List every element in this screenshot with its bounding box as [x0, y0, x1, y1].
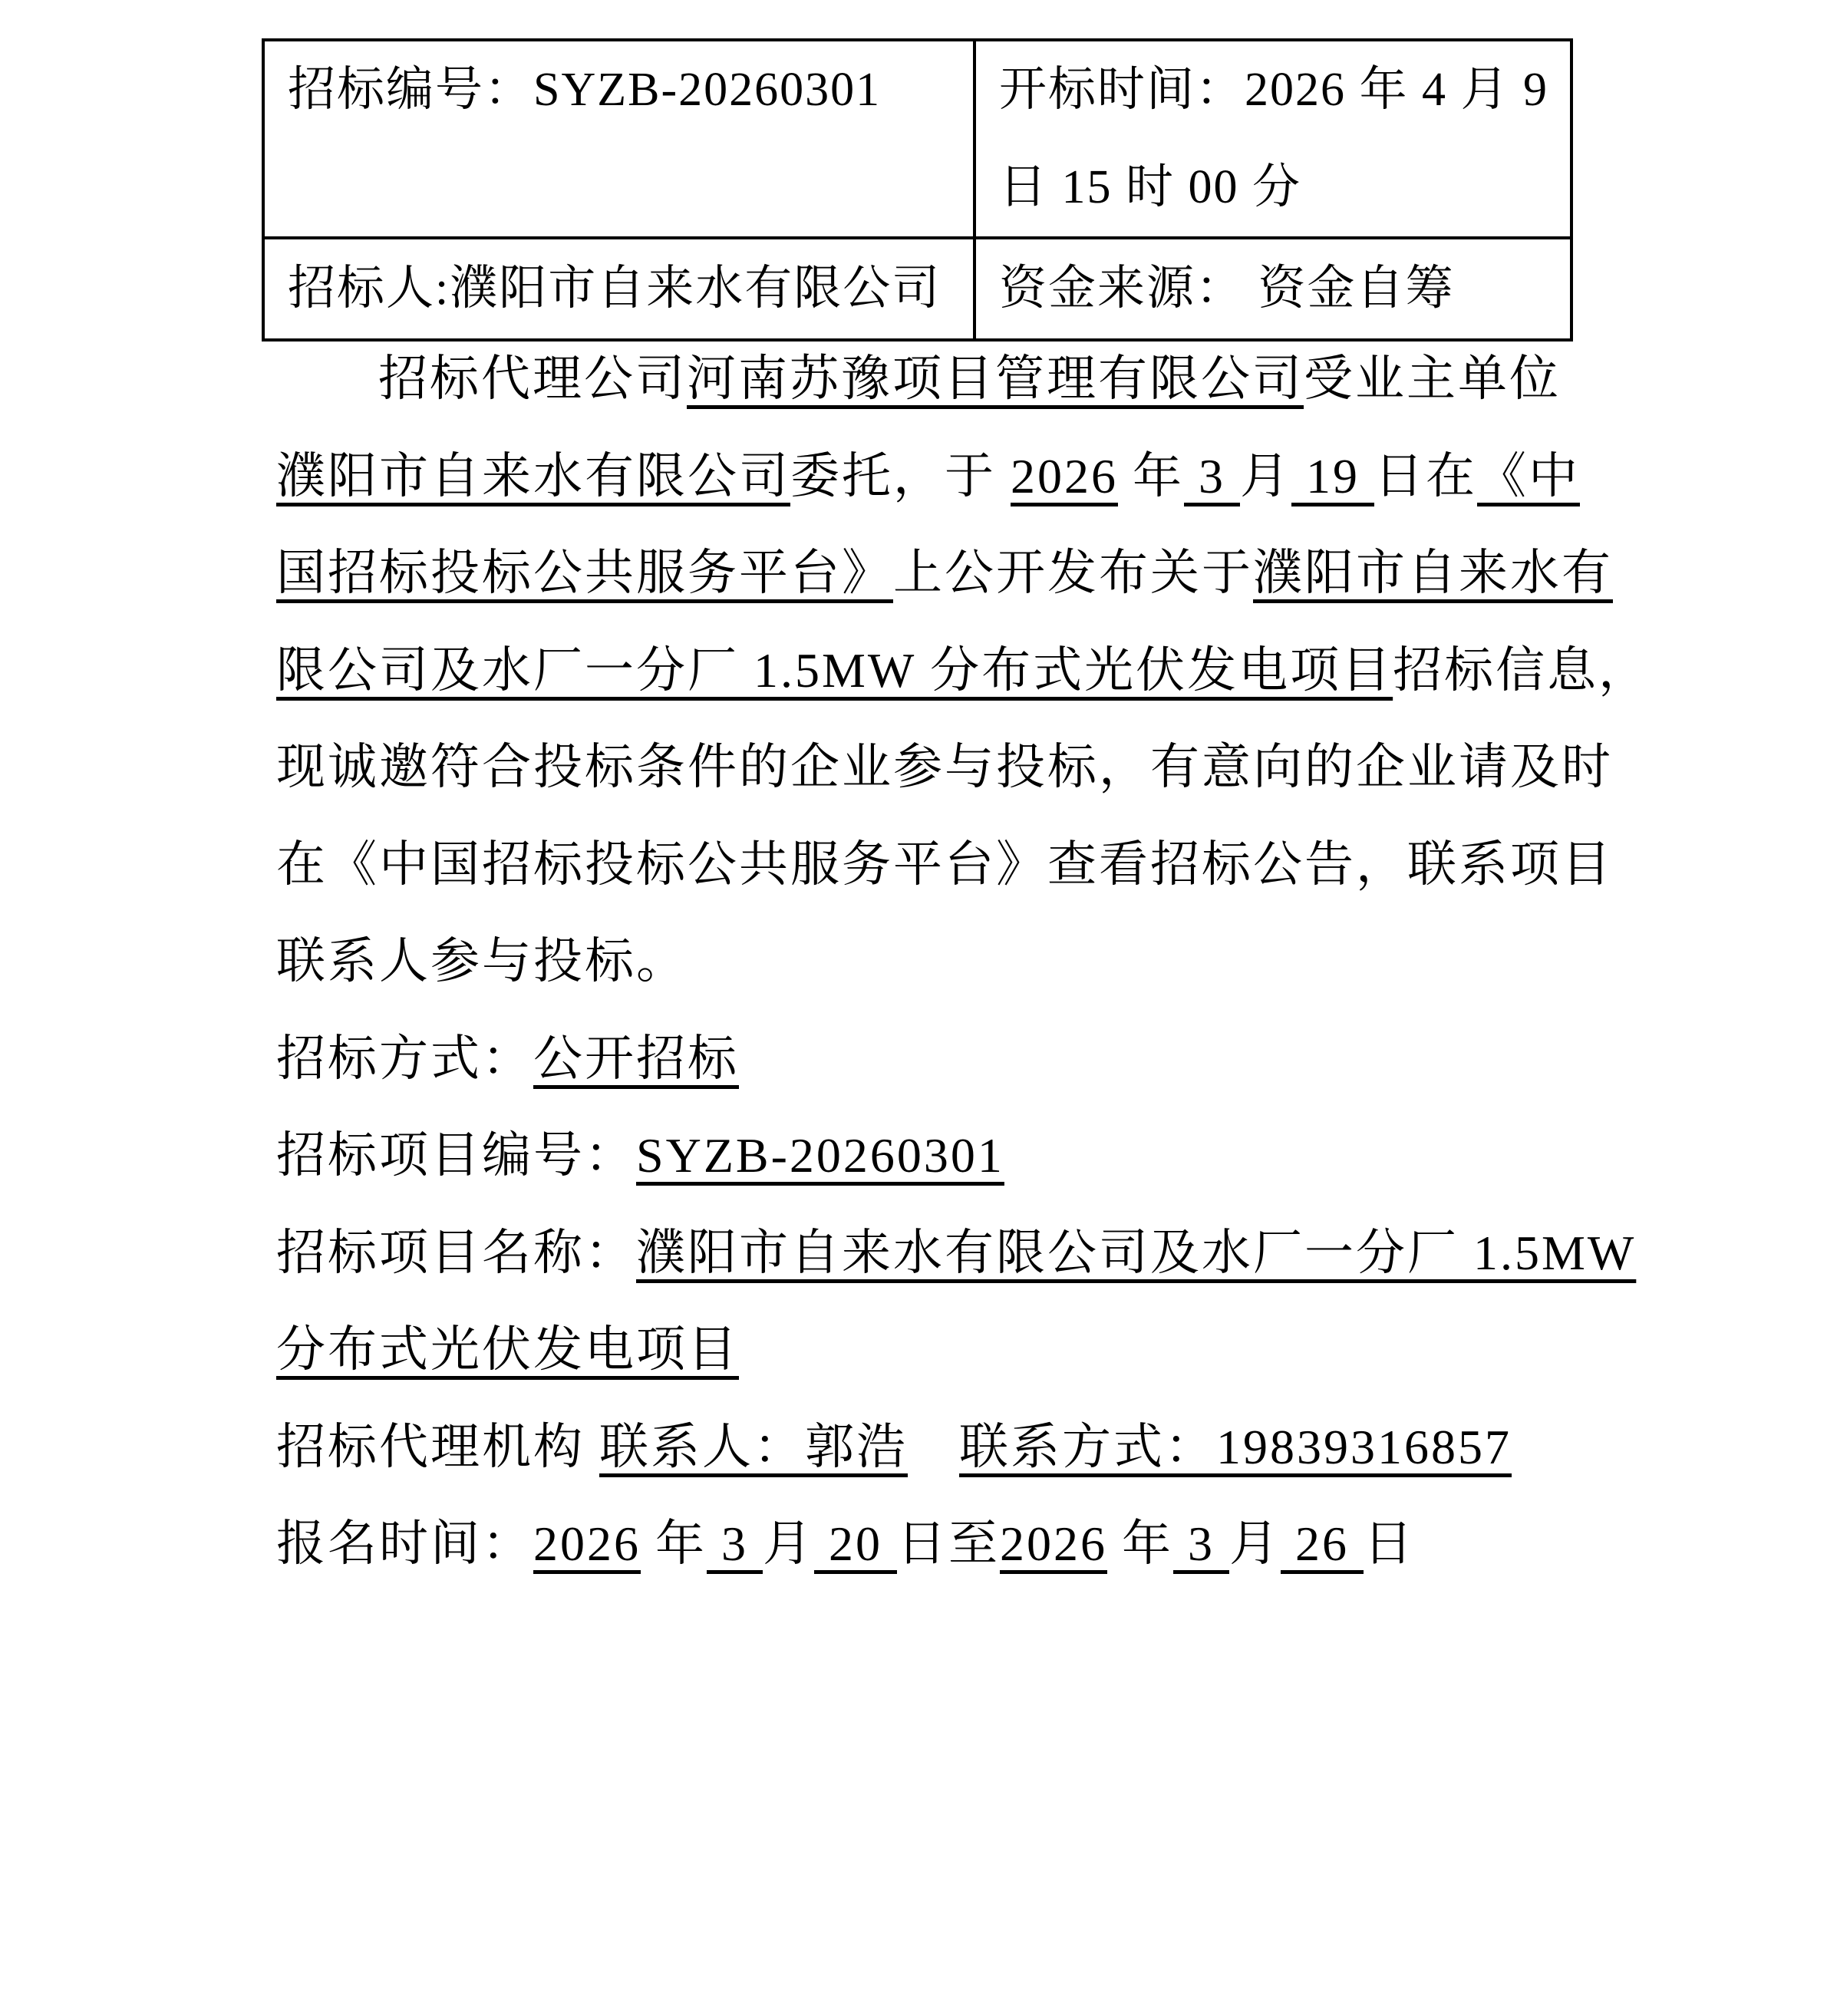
- text-line: 濮阳市自来水有限公司委托，于 2026 年 3 月 19 日在《中: [276, 428, 1577, 526]
- text-line: 招标项目名称：濮阳市自来水有限公司及水厂一分厂 1.5MW: [276, 1205, 1577, 1302]
- plain-text: 招标代理机构: [276, 1420, 599, 1474]
- underlined-text: 河南苏豫项目管理有限公司: [687, 351, 1304, 406]
- underlined-text: 联系方式：19839316857: [959, 1420, 1512, 1474]
- cell-opening-time: 开标时间：2026 年 4 月 9日 15 时 00 分: [975, 40, 1571, 238]
- plain-text: 招标代理公司: [378, 351, 687, 406]
- plain-text: 联系人参与投标。: [276, 934, 688, 988]
- cell-bid-number: 招标编号：SYZB-20260301: [263, 40, 975, 238]
- document-page: 招标编号：SYZB-20260301 开标时间：2026 年 4 月 9日 15…: [0, 0, 1827, 2016]
- plain-text: [908, 1420, 959, 1474]
- underlined-text: 限公司及水厂一分厂 1.5MW 分布式光伏发电项目: [276, 643, 1393, 698]
- text-line: 现诚邀符合投标条件的企业参与投标，有意向的企业请及时: [276, 719, 1577, 817]
- text-line: 国招标投标公共服务平台》上公开发布关于濮阳市自来水有: [276, 525, 1577, 622]
- table-row: 招标编号：SYZB-20260301 开标时间：2026 年 4 月 9日 15…: [263, 40, 1571, 238]
- text-line: 招标代理公司河南苏豫项目管理有限公司受业主单位: [276, 331, 1577, 428]
- text-line: 招标方式：公开招标: [276, 1011, 1577, 1108]
- table-row: 招标人:濮阳市自来水有限公司 资金来源： 资金自筹: [263, 238, 1571, 340]
- plain-text: 日: [1364, 1516, 1415, 1571]
- underlined-text: 《中: [1477, 449, 1580, 503]
- plain-text: 报名时间：: [276, 1516, 533, 1571]
- underlined-text: SYZB-20260301: [636, 1128, 1004, 1183]
- underlined-text: 3: [1173, 1516, 1229, 1571]
- text-line: 分布式光伏发电项目: [276, 1302, 1577, 1399]
- underlined-text: 濮阳市自来水有限公司: [276, 449, 790, 503]
- text-line: 招标代理机构 联系人：郭浩 联系方式：19839316857: [276, 1399, 1577, 1496]
- cell-tenderee: 招标人:濮阳市自来水有限公司: [263, 238, 975, 340]
- underlined-text: 26: [1281, 1516, 1364, 1571]
- underlined-text: 国招标投标公共服务平台》: [276, 546, 893, 600]
- underlined-text: 20: [814, 1516, 897, 1571]
- plain-text: 月: [763, 1516, 814, 1571]
- tender-info-table: 招标编号：SYZB-20260301 开标时间：2026 年 4 月 9日 15…: [262, 38, 1573, 341]
- plain-text: 月: [1229, 1516, 1281, 1571]
- text-line: 招标项目编号：SYZB-20260301: [276, 1107, 1577, 1205]
- plain-text: 日在: [1374, 449, 1477, 503]
- plain-text: 招标信息，: [1393, 643, 1650, 698]
- underlined-text: 公开招标: [533, 1031, 739, 1086]
- plain-text: 月: [1240, 449, 1291, 503]
- body-text: 招标代理公司河南苏豫项目管理有限公司受业主单位濮阳市自来水有限公司委托，于 20…: [276, 331, 1577, 1593]
- underlined-text: 19: [1291, 449, 1374, 503]
- text-line: 报名时间：2026 年 3 月 20 日至2026 年 3 月 26 日: [276, 1496, 1577, 1593]
- text-line: 联系人参与投标。: [276, 913, 1577, 1011]
- plain-text: 招标项目名称：: [276, 1226, 636, 1280]
- plain-text: 上公开发布关于: [893, 546, 1253, 600]
- underlined-text: 濮阳市自来水有限公司及水厂一分厂 1.5MW: [636, 1226, 1636, 1280]
- text-line: 限公司及水厂一分厂 1.5MW 分布式光伏发电项目招标信息，: [276, 622, 1577, 720]
- plain-text: 年: [1118, 449, 1184, 503]
- plain-text: 招标项目编号：: [276, 1128, 636, 1183]
- underlined-text: 3: [1184, 449, 1240, 503]
- plain-text: 年: [1107, 1516, 1173, 1571]
- plain-text: 招标方式：: [276, 1031, 533, 1086]
- cell-fund-source: 资金来源： 资金自筹: [975, 238, 1571, 340]
- text-line: 在《中国招标投标公共服务平台》查看招标公告，联系项目: [276, 817, 1577, 914]
- underlined-text: 2026: [533, 1516, 641, 1571]
- plain-text: 委托，于: [790, 449, 1011, 503]
- underlined-text: 联系人：郭浩: [599, 1420, 908, 1474]
- underlined-text: 3: [707, 1516, 763, 1571]
- underlined-text: 2026: [1011, 449, 1118, 503]
- plain-text: 年: [641, 1516, 707, 1571]
- plain-text: 日至: [897, 1516, 1000, 1571]
- underlined-text: 濮阳市自来水有: [1253, 546, 1613, 600]
- underlined-text: 分布式光伏发电项目: [276, 1322, 739, 1377]
- plain-text: 在《中国招标投标公共服务平台》查看招标公告，联系项目: [276, 837, 1613, 892]
- plain-text: 现诚邀符合投标条件的企业参与投标，有意向的企业请及时: [276, 740, 1613, 794]
- underlined-text: 2026: [1000, 1516, 1107, 1571]
- plain-text: 受业主单位: [1304, 351, 1561, 406]
